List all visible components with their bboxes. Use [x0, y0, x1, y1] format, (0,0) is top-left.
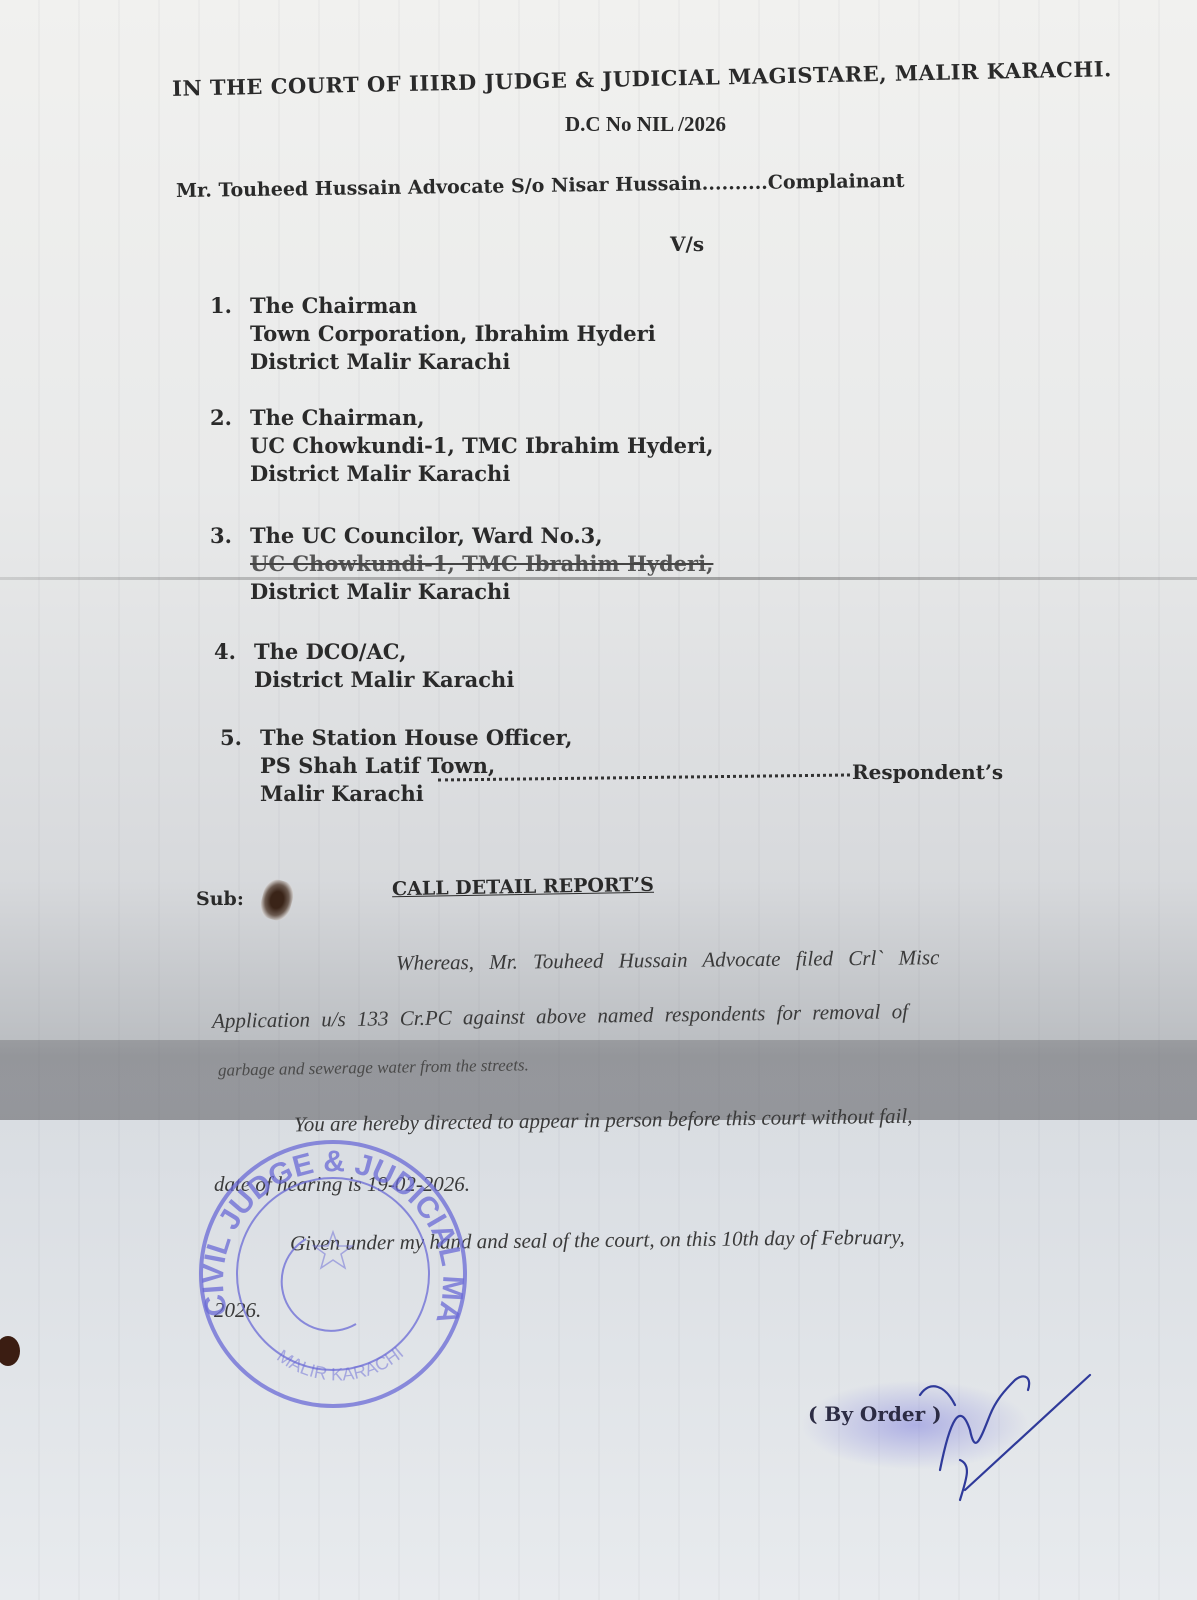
- respondent-line: PS Shah Latif Town,: [260, 752, 572, 780]
- case-number: D.C No NIL /2026: [565, 112, 726, 137]
- respondent-line: Malir Karachi: [260, 780, 572, 808]
- respondent-line: District Malir Karachi: [250, 578, 713, 606]
- respondent-line: UC Chowkundi-1, TMC Ibrahim Hyderi,: [250, 550, 713, 578]
- respondent-number: 2.: [210, 404, 232, 432]
- respondent-line: Town Corporation, Ibrahim Hyderi: [250, 320, 656, 348]
- respondent-number: 1.: [210, 292, 232, 320]
- respondent-number: 4.: [214, 638, 236, 666]
- respondent-line: The Chairman,: [250, 404, 713, 432]
- svg-text:CIVIL JUDGE & JUDICIAL MAGISTR: CIVIL JUDGE & JUDICIAL MAGISTRATE: [188, 1124, 469, 1328]
- respondent-line: District Malir Karachi: [250, 460, 713, 488]
- svg-text:MALIR KARACHI: MALIR KARACHI: [273, 1343, 407, 1385]
- respondent-line: The UC Councilor, Ward No.3,: [250, 522, 713, 550]
- respondent-line: The Chairman: [250, 292, 656, 320]
- respondent-line: The DCO/AC,: [254, 638, 514, 666]
- court-seal-stamp-icon: CIVIL JUDGE & JUDICIAL MAGISTRATE MALIR …: [188, 1124, 478, 1414]
- versus-label: V/s: [670, 232, 704, 256]
- respondent-line: District Malir Karachi: [250, 348, 656, 376]
- subject-label: Sub:: [196, 888, 244, 910]
- signature-icon: [800, 1360, 1100, 1510]
- respondent-line: UC Chowkundi-1, TMC Ibrahim Hyderi,: [250, 432, 713, 460]
- respondent-line: District Malir Karachi: [254, 666, 514, 694]
- respondent-number: 5.: [220, 724, 242, 752]
- respondent-number: 3.: [210, 522, 232, 550]
- respondent-label: Respondent’s: [852, 760, 1003, 784]
- subject-title: CALL DETAIL REPORT’S: [392, 874, 654, 901]
- respondent-line: The Station House Officer,: [260, 724, 572, 752]
